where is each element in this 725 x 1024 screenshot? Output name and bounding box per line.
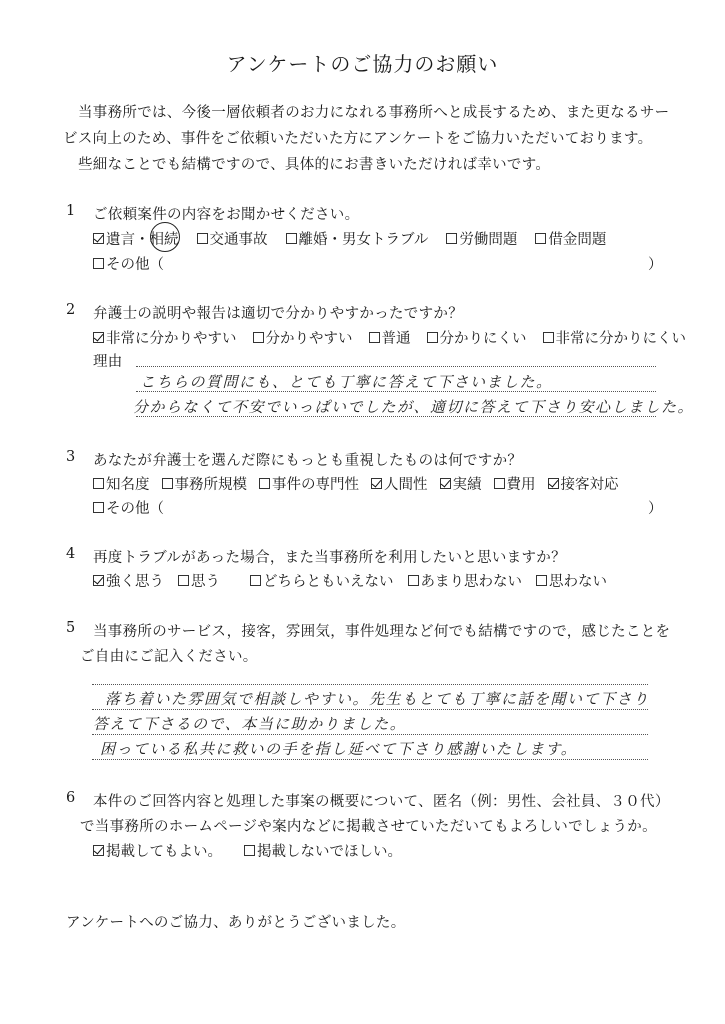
page-title: アンケートのご協力のお願い xyxy=(0,48,725,77)
checkbox-icon[interactable] xyxy=(536,575,547,586)
q5-text-line-2: ご自由にご記入ください。 xyxy=(80,645,258,666)
q1-option-traffic[interactable]: 交通事故 xyxy=(197,228,268,249)
q5-number: 5 xyxy=(66,620,75,636)
answer-line xyxy=(136,366,656,367)
checkbox-icon[interactable] xyxy=(93,258,104,269)
q1-text: ご依頼案件の内容をお聞かせください。 xyxy=(93,203,359,224)
q1-option-debt[interactable]: 借金問題 xyxy=(535,228,606,249)
q2-text: 弁護士の説明や報告は適切で分かりやすかったですか？ xyxy=(93,302,463,323)
q3-option-personality[interactable]: 人間性 xyxy=(371,473,428,494)
checkbox-icon[interactable] xyxy=(93,502,104,513)
answer-line xyxy=(92,709,648,710)
checkbox-checked-icon[interactable] xyxy=(93,332,104,343)
q3-option-office-size[interactable]: 事務所規模 xyxy=(162,473,248,494)
checkbox-icon[interactable] xyxy=(250,575,261,586)
q2-option-very-clear[interactable]: 非常に分かりやすい xyxy=(93,327,237,348)
answer-line xyxy=(92,684,648,685)
q6-option-allow[interactable]: 掲載してもよい。 xyxy=(93,840,222,861)
intro-line-2: ビス向上のため、事件をご依頼いただいた方にアンケートをご協力いただいております。 xyxy=(63,127,652,148)
q2-reason-label: 理由 xyxy=(93,350,123,371)
q2-option-very-unclear[interactable]: 非常に分かりにくい xyxy=(543,327,687,348)
q3-option-cost[interactable]: 費用 xyxy=(494,473,536,494)
q4-option-disagree[interactable]: あまり思わない xyxy=(408,570,523,591)
checkbox-checked-icon[interactable] xyxy=(548,478,559,489)
intro-line-1: 当事務所では、今後一層依頼者のお力になれる事務所へと成長するため、また更なるサー xyxy=(78,101,669,122)
q3-option-track-record[interactable]: 実績 xyxy=(440,473,482,494)
q3-other[interactable]: その他（ xyxy=(93,497,164,518)
q6-options: 掲載してもよい。 掲載しないでほしい。 xyxy=(93,840,402,861)
q3-options: 知名度 事務所規模 事件の専門性 人間性 実績 費用 接客対応 xyxy=(93,473,619,494)
checkbox-icon[interactable] xyxy=(93,478,104,489)
checkbox-icon[interactable] xyxy=(178,575,189,586)
q3-number: 3 xyxy=(66,449,75,465)
q1-number: 1 xyxy=(66,203,75,219)
q4-option-neutral[interactable]: どちらともいえない xyxy=(250,570,394,591)
q2-option-unclear[interactable]: 分かりにくい xyxy=(427,327,527,348)
answer-line xyxy=(136,416,656,417)
checkbox-checked-icon[interactable] xyxy=(93,233,104,244)
checkbox-icon[interactable] xyxy=(543,332,554,343)
q1-option-divorce[interactable]: 離婚・男女トラブル xyxy=(286,228,429,249)
checkbox-icon[interactable] xyxy=(197,233,208,244)
handwritten-circle-icon xyxy=(150,222,180,252)
q5-answer-line-3[interactable]: 困っている私共に救いの手を指し延べて下さり感謝いたします。 xyxy=(100,738,577,759)
q2-reason-line-2[interactable]: 分からなくて不安でいっぱいでしたが、適切に答えて下さり安心しました。 xyxy=(133,396,694,417)
checkbox-icon[interactable] xyxy=(162,478,173,489)
checkbox-icon[interactable] xyxy=(244,845,255,856)
q3-option-expertise[interactable]: 事件の専門性 xyxy=(259,473,359,494)
q3-text: あなたが弁護士を選んだ際にもっとも重視したものは何ですか？ xyxy=(93,449,522,470)
answer-line xyxy=(136,391,656,392)
intro-line-3: 些細なことでも結構ですので、具体的にお書きいただければ幸いです。 xyxy=(78,153,550,174)
checkbox-icon[interactable] xyxy=(286,233,297,244)
checkbox-icon[interactable] xyxy=(259,478,270,489)
checkbox-checked-icon[interactable] xyxy=(371,478,382,489)
q6-number: 6 xyxy=(66,790,75,806)
q2-number: 2 xyxy=(66,302,75,318)
q1-other-close: ） xyxy=(648,253,663,274)
q1-option-labor[interactable]: 労働問題 xyxy=(446,228,517,249)
answer-line xyxy=(92,759,648,760)
q2-options: 非常に分かりやすい 分かりやすい 普通 分かりにくい 非常に分かりにくい xyxy=(93,327,686,348)
checkbox-icon[interactable] xyxy=(369,332,380,343)
checkbox-checked-icon[interactable] xyxy=(93,575,104,586)
q4-option-strongly-agree[interactable]: 強く思う xyxy=(93,570,164,591)
q6-text-line-1: 本件のご回答内容と処理した事案の概要について、匿名（例：男性、会社員、３０代） xyxy=(93,790,670,811)
checkbox-icon[interactable] xyxy=(535,233,546,244)
closing-message: アンケートへのご協力、ありがとうございました。 xyxy=(66,911,406,932)
q4-option-strongly-disagree[interactable]: 思わない xyxy=(536,570,607,591)
q3-option-fame[interactable]: 知名度 xyxy=(93,473,150,494)
q5-text-line-1: 当事務所のサービス，接客，雰囲気，事件処理など何でも結構ですので，感じたことを xyxy=(93,620,670,641)
q4-option-agree[interactable]: 思う xyxy=(178,570,220,591)
q2-option-normal[interactable]: 普通 xyxy=(369,327,411,348)
checkbox-icon[interactable] xyxy=(446,233,457,244)
checkbox-icon[interactable] xyxy=(427,332,438,343)
q3-other-close: ） xyxy=(648,497,663,518)
q2-reason-line-1[interactable]: こちらの質問にも、とても丁寧に答えて下さいました。 xyxy=(140,371,553,392)
q6-text-line-2: で当事務所のホームページや案内などに掲載させていただいてもよろしいでしょうか。 xyxy=(80,815,657,836)
checkbox-icon[interactable] xyxy=(253,332,264,343)
checkbox-checked-icon[interactable] xyxy=(440,478,451,489)
checkbox-icon[interactable] xyxy=(494,478,505,489)
q4-options: 強く思う 思う どちらともいえない あまり思わない 思わない xyxy=(93,570,607,591)
q4-text: 再度トラブルがあった場合，また当事務所を利用したいと思いますか？ xyxy=(93,546,566,567)
q5-answer-line-2[interactable]: 答えて下さるので、本当に助かりました。 xyxy=(93,713,406,734)
checkbox-icon[interactable] xyxy=(408,575,419,586)
checkbox-checked-icon[interactable] xyxy=(93,845,104,856)
q1-other[interactable]: その他（ xyxy=(93,253,164,274)
q3-option-customer-service[interactable]: 接客対応 xyxy=(548,473,619,494)
q2-option-clear[interactable]: 分かりやすい xyxy=(253,327,353,348)
answer-line xyxy=(92,734,648,735)
q4-number: 4 xyxy=(66,546,75,562)
q5-answer-line-1[interactable]: 落ち着いた雰囲気で相談しやすい。先生もとても丁寧に話を聞いて下さり xyxy=(105,688,650,709)
q6-option-deny[interactable]: 掲載しないでほしい。 xyxy=(244,840,402,861)
